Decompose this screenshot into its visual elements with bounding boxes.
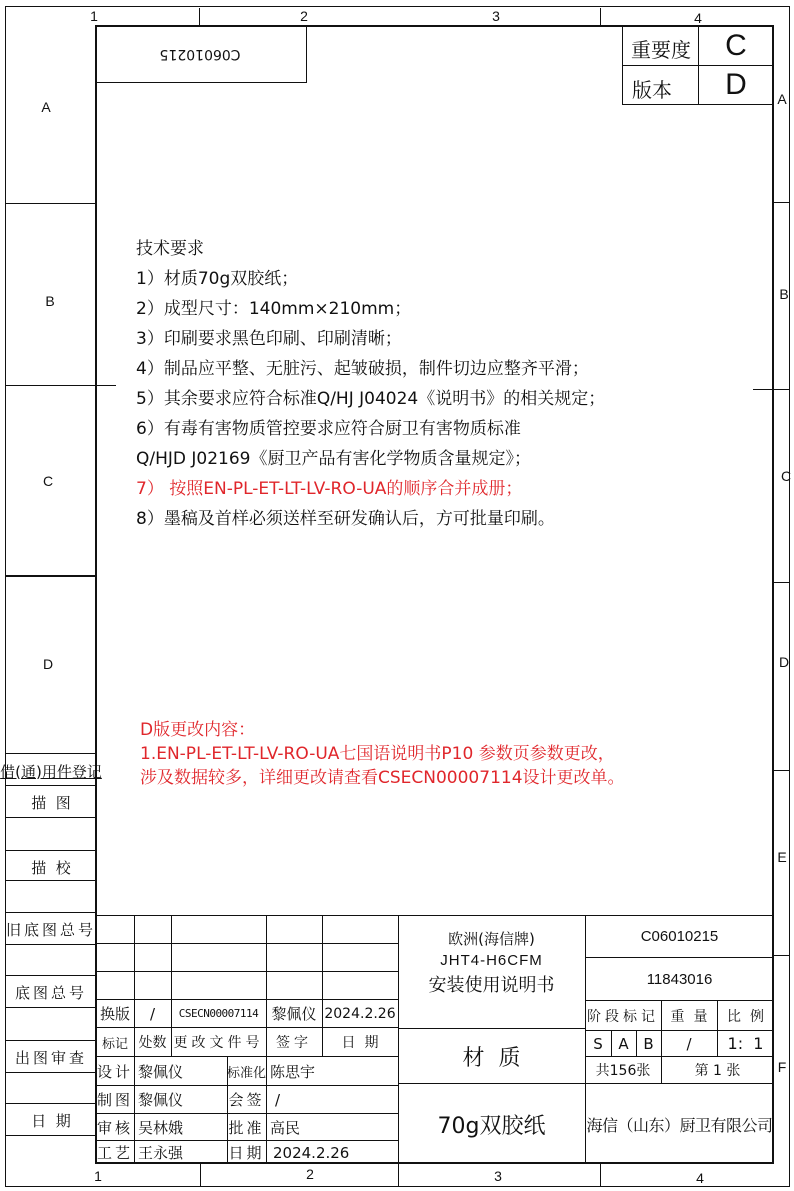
left-zone-line — [6, 385, 116, 386]
design-value: 黎佩仪 — [135, 1057, 226, 1085]
change-row-line — [96, 971, 398, 972]
side-table-line — [6, 1135, 96, 1136]
technical-requirements: 技术要求 1）材质70g双胶纸； 2）成型尺寸：140mm×210mm； 3）印… — [136, 234, 736, 534]
right-zone-line — [774, 202, 790, 203]
top-zone-tick — [600, 8, 601, 26]
requirement-item-7: 7） 按照EN-PL-ET-LT-LV-RO-UA的顺序合并成册； — [136, 474, 736, 504]
right-zone-line — [774, 770, 790, 771]
right-zone-line — [753, 389, 790, 390]
bottom-zone-tick — [398, 1164, 399, 1186]
approve-value: 高民 — [267, 1114, 390, 1140]
countersign-value: / — [267, 1086, 395, 1113]
left-zone-label-d: D — [40, 655, 56, 673]
process-value: 王永强 — [135, 1141, 226, 1164]
product-line-3: 安装使用说明书 — [398, 972, 585, 1000]
header-count: 处数 — [134, 1028, 171, 1056]
top-zone-tick — [199, 8, 200, 26]
change-row-line — [96, 943, 398, 944]
header-mark: 标记 — [96, 1028, 134, 1056]
importance-label: 重要度 — [624, 30, 698, 66]
item7-text: 按照EN-PL-ET-LT-LV-RO-UA的顺序合并成册； — [169, 479, 522, 499]
requirement-item: 4）制品应平整、无脏污、起皱破损，制件切边应整齐平滑； — [136, 354, 736, 384]
bottom-zone-label-3: 3 — [490, 1167, 506, 1185]
material-value: 70g双胶纸 — [398, 1084, 585, 1164]
side-date-label: 日 期 — [6, 1105, 96, 1135]
bottom-zone-tick — [600, 1164, 601, 1186]
requirement-item: 2）成型尺寸：140mm×210mm； — [136, 294, 736, 324]
product-line-1: 欧洲(海信牌) — [398, 928, 585, 950]
right-zone-label-b: B — [776, 285, 792, 303]
version-label: 版本 — [624, 70, 680, 106]
stage-a: A — [611, 1031, 636, 1056]
left-zone-line — [6, 575, 96, 577]
output-review-label: 出图审查 — [6, 1042, 96, 1072]
side-table-line — [6, 785, 96, 786]
draft-label: 制图 — [96, 1086, 134, 1113]
requirement-item: 8）墨稿及首样必须送样至研发确认后，方可批量印刷。 — [136, 504, 736, 534]
left-zone-label-a: A — [38, 98, 54, 116]
change-mark: 换版 — [96, 1000, 134, 1027]
requirement-item: 6）有毒有害物质管控要求应符合厨卫有害物质标准 — [136, 414, 736, 444]
side-table-line — [6, 1072, 96, 1073]
trace-label: 描 图 — [6, 787, 96, 817]
bottom-zone-label-1: 1 — [90, 1167, 106, 1185]
right-zone-line — [774, 582, 790, 583]
stage-s: S — [585, 1031, 611, 1056]
top-zone-label-1: 1 — [86, 7, 102, 25]
requirement-item: Q/HJD J02169《厨卫产品有害化学物质含量规定》； — [136, 444, 736, 474]
company-name: 海信（山东）厨卫有限公司 — [585, 1084, 774, 1164]
stage-b: B — [636, 1031, 661, 1056]
scale-value: 1: 1 — [717, 1031, 774, 1056]
weight-value: / — [661, 1031, 717, 1056]
bottom-zone-label-2: 2 — [302, 1165, 318, 1183]
header-doc-no: 更改文件号 — [171, 1028, 266, 1056]
process-label: 工艺 — [96, 1141, 134, 1164]
top-zone-label-2: 2 — [296, 7, 312, 25]
right-zone-label-a: A — [774, 90, 790, 108]
left-zone-label-b: B — [42, 292, 58, 310]
trace-check-label: 描 校 — [6, 852, 96, 882]
revision-note: D版更改内容： 1.EN-PL-ET-LT-LV-RO-UA七国语说明书P10 … — [140, 718, 760, 790]
right-zone-label-d: D — [776, 653, 792, 671]
right-zone-line — [774, 955, 790, 956]
side-table-line — [6, 1103, 96, 1104]
review-label: 审核 — [96, 1114, 134, 1140]
mirrored-drawing-code: C06010215 — [120, 42, 280, 66]
standard-value: 陈思宇 — [267, 1057, 390, 1085]
approve-label: 批准 — [227, 1114, 266, 1140]
approval-date-value: 2024.2.26 — [267, 1141, 393, 1164]
change-signer: 黎佩仪 — [266, 1000, 322, 1027]
side-table-line — [6, 1007, 96, 1008]
side-table-line — [6, 1040, 96, 1041]
standard-label: 标准化 — [227, 1057, 266, 1085]
top-zone-label-4: 4 — [690, 9, 706, 27]
right-zone-label-e: E — [774, 848, 790, 866]
version-value: D — [699, 66, 773, 104]
side-table-line — [6, 817, 96, 818]
drawing-number: C06010215 — [585, 916, 774, 957]
right-zone-label-c: C — [778, 467, 794, 485]
requirement-item: 3）印刷要求黑色印刷、印刷清晰； — [136, 324, 736, 354]
product-title: 欧洲(海信牌) JHT4-H6CFM 安装使用说明书 — [398, 928, 585, 1000]
weight-label: 重 量 — [661, 1001, 717, 1030]
bottom-zone-tick — [200, 1164, 201, 1186]
base-no-label: 底图总号 — [6, 977, 96, 1007]
old-base-no-label: 旧底图总号 — [6, 914, 96, 944]
requirement-item: 1）材质70g双胶纸； — [136, 264, 736, 294]
product-line-2: JHT4-H6CFM — [398, 950, 585, 972]
requirements-title: 技术要求 — [136, 234, 736, 264]
change-date: 2024.2.26 — [322, 1000, 398, 1027]
side-table-line — [6, 912, 96, 913]
side-table-line — [6, 944, 96, 945]
countersign-label: 会签 — [227, 1086, 266, 1113]
revision-note-title: D版更改内容： — [140, 718, 760, 742]
total-sheets: 共156张 — [585, 1057, 661, 1083]
top-zone-label-3: 3 — [488, 7, 504, 25]
change-doc-no: CSECN00007114 — [171, 1000, 266, 1027]
review-value: 吴林娥 — [135, 1114, 226, 1140]
side-table-line — [6, 850, 96, 851]
left-zone-line — [6, 203, 96, 204]
scale-label: 比 例 — [717, 1001, 774, 1030]
approval-date-label: 日期 — [227, 1141, 266, 1164]
revision-note-line: 涉及数据较多，详细更改请查看CSECN00007114设计更改单。 — [140, 766, 760, 790]
borrow-register-label: 借(通)用件登记 — [6, 758, 96, 784]
side-table-line — [6, 753, 96, 754]
side-table-line — [6, 975, 96, 976]
requirement-item: 5）其余要求应符合标准Q/HJ J04024《说明书》的相关规定； — [136, 384, 736, 414]
stage-label: 阶段标记 — [585, 1001, 661, 1030]
item7-number: 7） — [136, 479, 164, 499]
draft-value: 黎佩仪 — [135, 1086, 226, 1113]
part-number: 11843016 — [585, 958, 774, 1000]
header-date: 日 期 — [322, 1028, 398, 1056]
left-zone-label-c: C — [40, 472, 56, 490]
sheet-number: 第 1 张 — [661, 1057, 774, 1083]
header-sign: 签字 — [266, 1028, 322, 1056]
bottom-zone-label-4: 4 — [692, 1169, 708, 1187]
change-count: / — [134, 1000, 171, 1027]
right-zone-label-f: F — [774, 1058, 790, 1076]
design-label: 设计 — [96, 1057, 134, 1085]
revision-note-line: 1.EN-PL-ET-LT-LV-RO-UA七国语说明书P10 参数页参数更改， — [140, 742, 760, 766]
material-label: 材 质 — [398, 1029, 585, 1083]
importance-value: C — [699, 27, 773, 65]
